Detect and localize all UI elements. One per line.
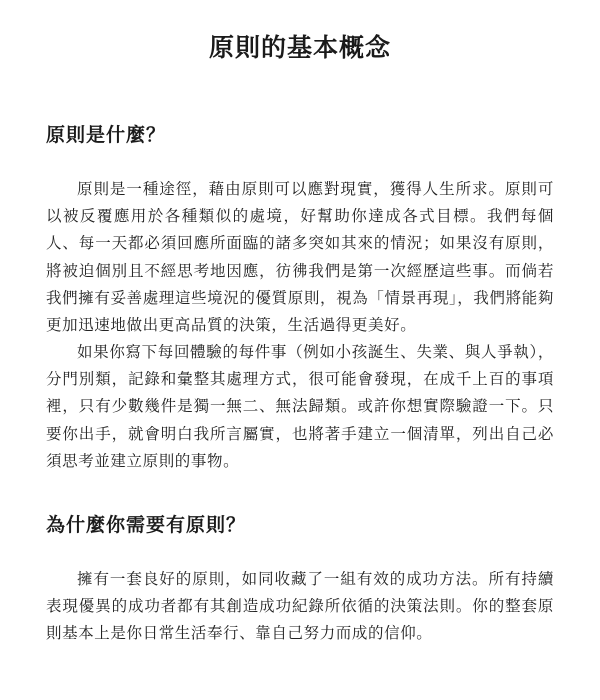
- paragraph: 原則是一種途徑，藉由原則可以應對現實，獲得人生所求。原則可以被反覆應用於各種類似…: [46, 176, 554, 339]
- document-page: 原則的基本概念 原則是什麼？ 原則是一種途徑，藉由原則可以應對現實，獲得人生所求…: [0, 0, 600, 700]
- paragraph: 擁有一套良好的原則，如同收藏了一組有效的成功方法。所有持續表現優異的成功者都有其…: [46, 566, 554, 648]
- section-heading-what-is-principle: 原則是什麼？: [46, 120, 166, 147]
- section-heading-why-need-principles: 為什麼你需要有原則？: [46, 510, 246, 537]
- page-title: 原則的基本概念: [0, 28, 600, 64]
- paragraph: 如果你寫下每回體驗的每件事（例如小孩誕生、失業、與人爭執），分門別類，記錄和彙整…: [46, 339, 554, 475]
